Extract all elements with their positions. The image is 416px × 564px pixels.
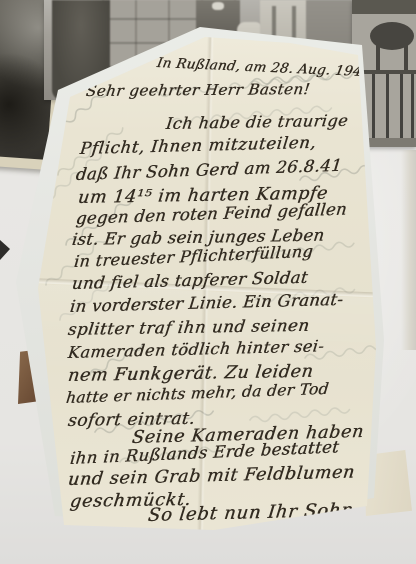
- back-sheet-right-edge: [401, 150, 416, 350]
- handwriting-line: und fiel als tapferer Soldat: [71, 268, 309, 293]
- handwriting-line: Kameraden tödlich hinter sei-: [67, 336, 325, 362]
- collar-highlight: [212, 2, 224, 10]
- letter-photograph: In Rußland, am 28. Aug. 1941.Sehr geehrt…: [0, 0, 416, 564]
- handwriting-line: daß Ihr Sohn Gerd am 26.8.41: [75, 156, 343, 184]
- handwriting-line: und sein Grab mit Feldblumen: [67, 462, 356, 490]
- handwriting-line: Sehr geehrter Herr Basten!: [85, 80, 311, 100]
- handwriting-line: So lebt nun Ihr Sohn: [147, 500, 355, 526]
- handwriting-line: Pflicht, Ihnen mitzuteilen,: [79, 133, 318, 158]
- handwriting-line: splitter traf ihn und seinen: [67, 316, 311, 339]
- handwriting-line: in vorderster Linie. Ein Granat-: [69, 290, 344, 316]
- handwriting-line: In Rußland, am 28. Aug. 1941.: [156, 55, 377, 80]
- handwriting-line: Ich habe die traurige: [165, 111, 349, 133]
- dark-object-sliver: [0, 240, 10, 260]
